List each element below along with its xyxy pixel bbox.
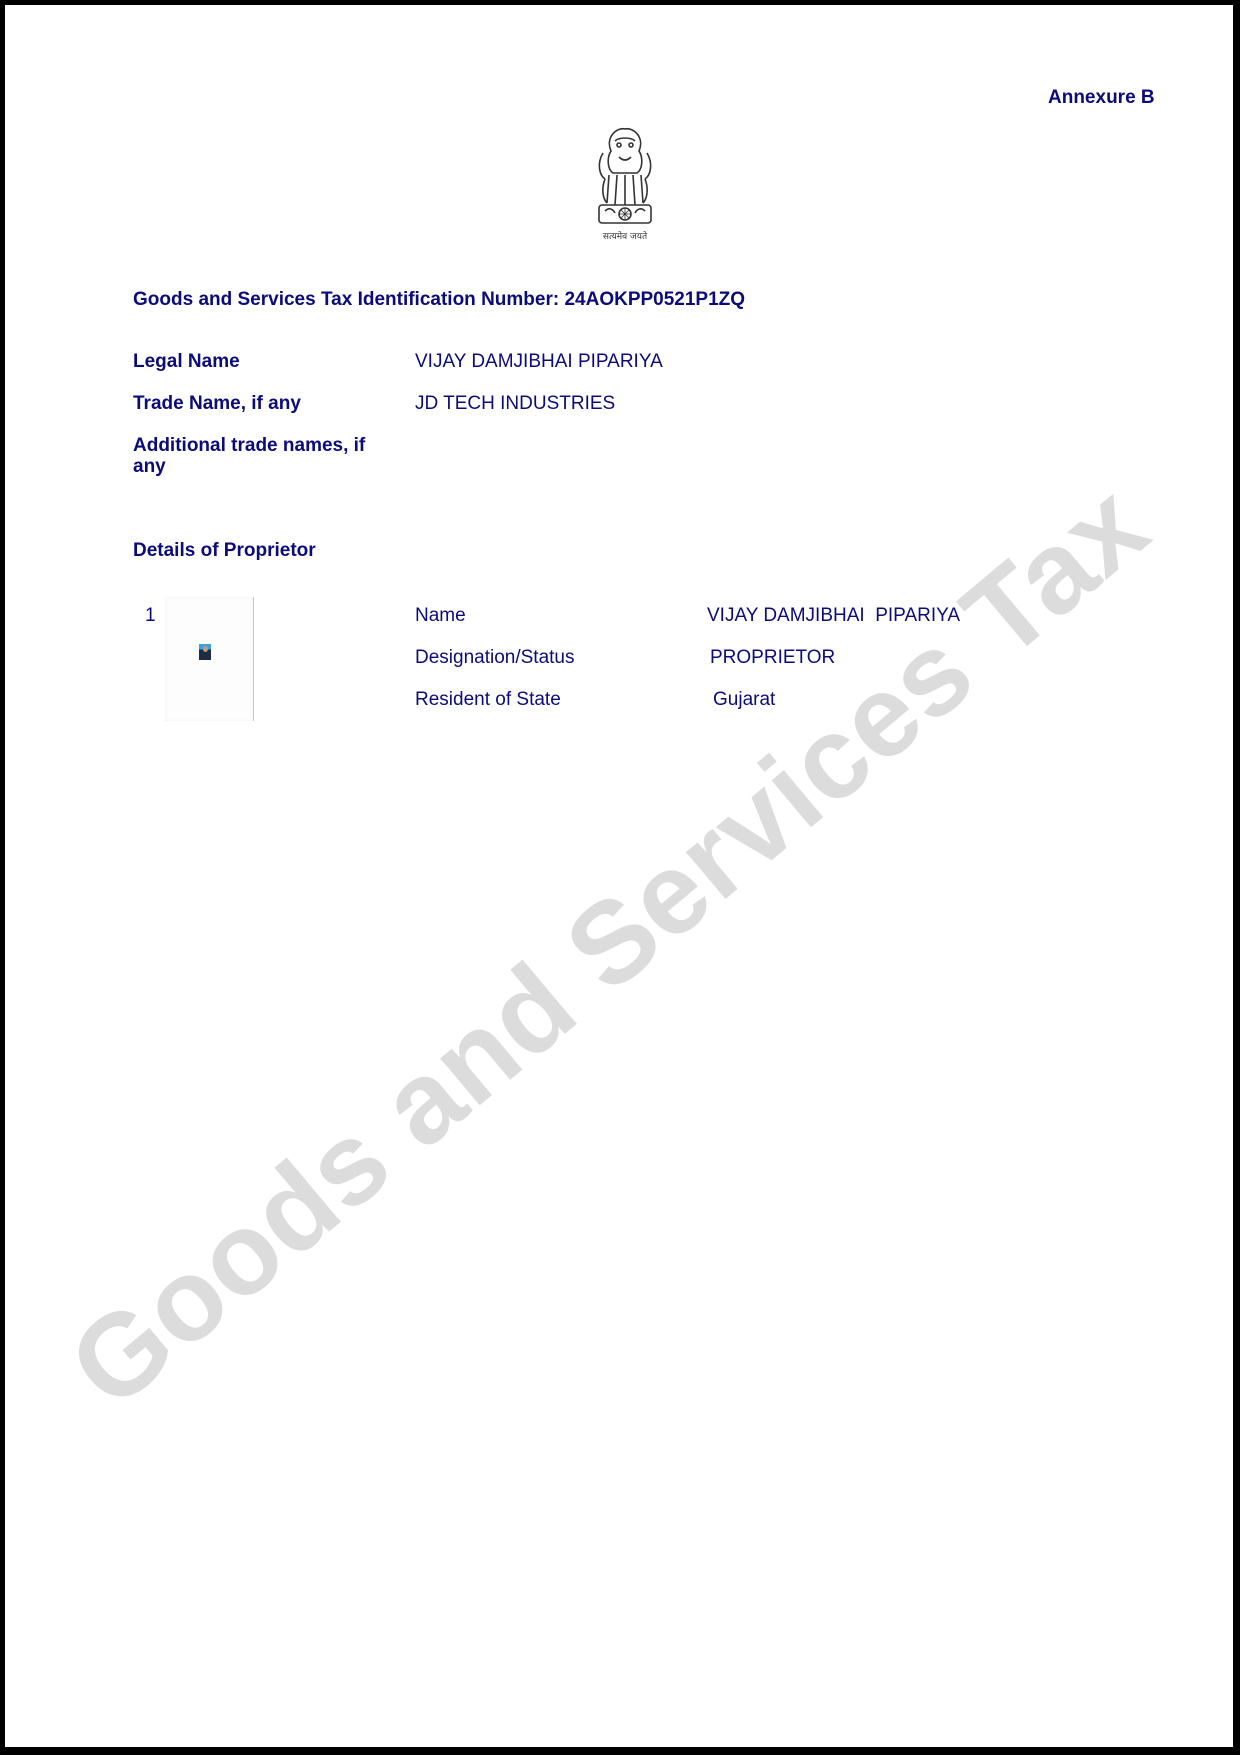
- legal-name-label: Legal Name: [133, 351, 240, 373]
- certificate-page: Goods and Services Tax Annexure B सत्यमे…: [5, 5, 1233, 1747]
- additional-trade-names-label: Additional trade names, if any: [133, 435, 403, 477]
- proprietor-photo-frame: [165, 597, 254, 721]
- gstin-value: 24AOKPP0521P1ZQ: [564, 289, 745, 310]
- gstin-heading: Goods and Services Tax Identification Nu…: [133, 289, 745, 311]
- annexure-label: Annexure B: [1048, 87, 1155, 109]
- resident-state-value: Gujarat: [713, 689, 775, 711]
- proprietor-index: 1: [145, 605, 156, 627]
- emblem-motto: सत्यमेव जयते: [603, 230, 648, 242]
- proprietor-name-value: VIJAY DAMJIBHAI PIPARIYA: [707, 605, 960, 627]
- gstin-label: Goods and Services Tax Identification Nu…: [133, 289, 559, 310]
- national-emblem-icon: सत्यमेव जयते: [585, 123, 665, 243]
- proprietor-name-label: Name: [415, 605, 466, 627]
- legal-name-value: VIJAY DAMJIBHAI PIPARIYA: [415, 351, 663, 373]
- proprietor-section-title: Details of Proprietor: [133, 540, 316, 562]
- trade-name-value: JD TECH INDUSTRIES: [415, 393, 615, 415]
- resident-state-label: Resident of State: [415, 689, 561, 711]
- watermark: Goods and Services Tax: [5, 5, 1233, 1747]
- designation-label: Designation/Status: [415, 647, 575, 669]
- person-photo-icon: [199, 644, 211, 660]
- trade-name-label: Trade Name, if any: [133, 393, 301, 415]
- designation-value: PROPRIETOR: [710, 647, 835, 669]
